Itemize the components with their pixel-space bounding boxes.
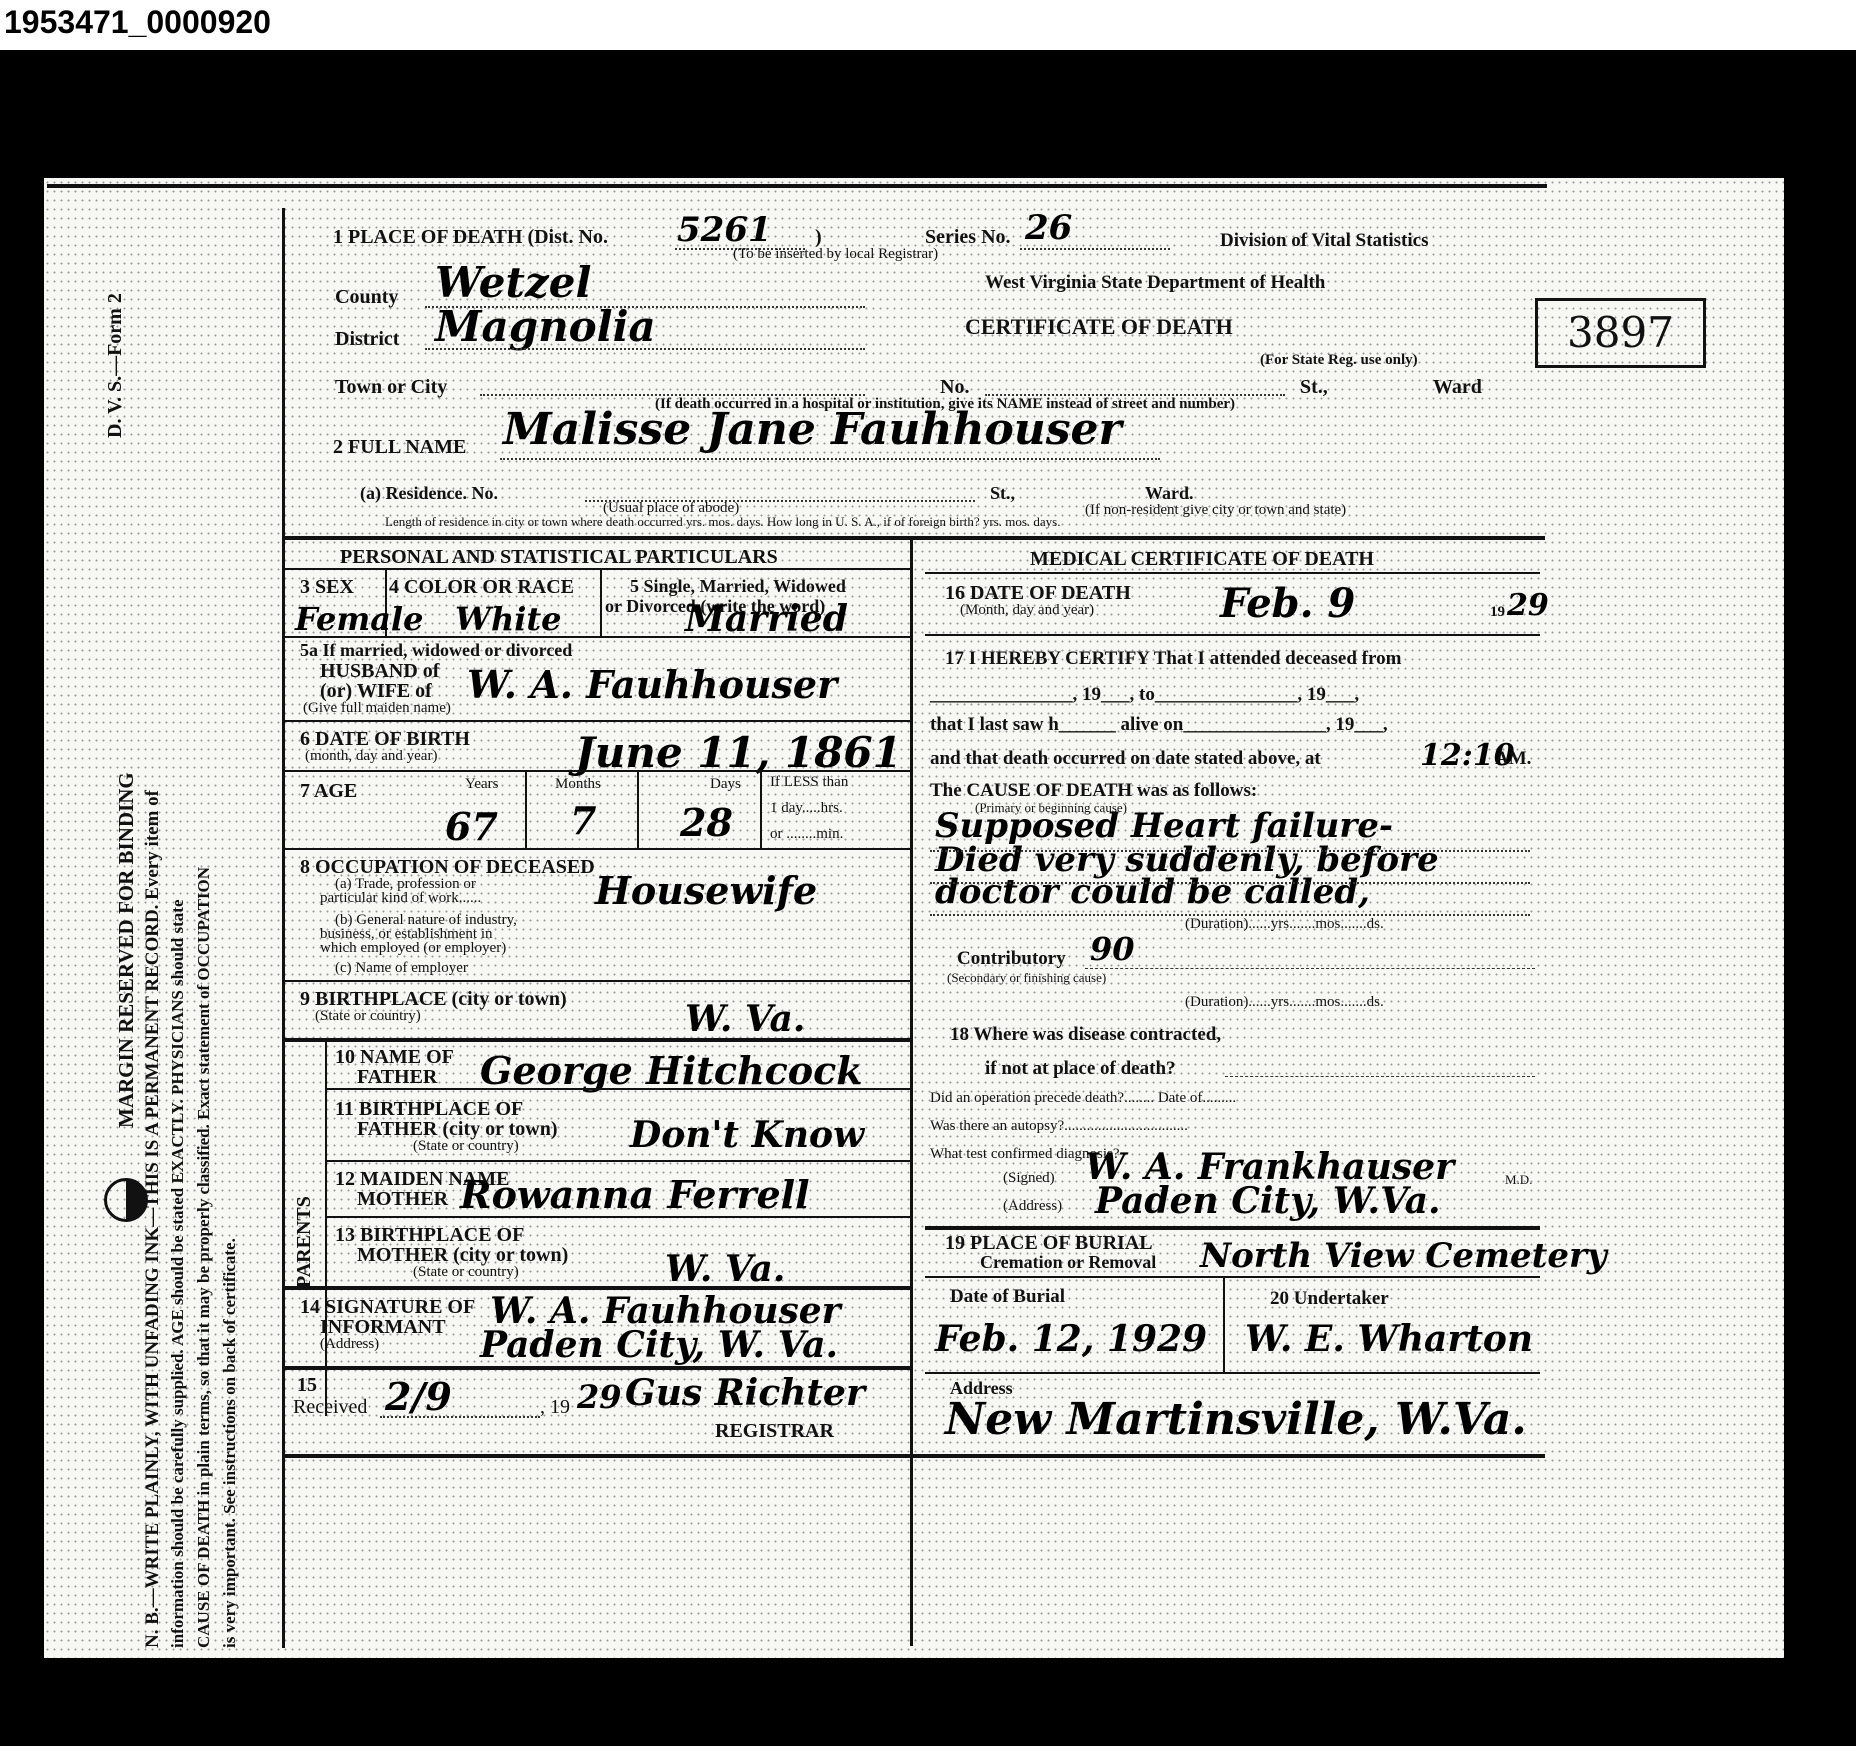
death-time-label: and that death occurred on date stated a… bbox=[930, 748, 1321, 770]
certificate-form: 1 PLACE OF DEATH (Dist. No. 5261 ) (To b… bbox=[282, 208, 1785, 1648]
occupation-value: Housewife bbox=[595, 868, 817, 913]
residence-label: (a) Residence. No. bbox=[360, 483, 498, 504]
contracted-label-2: if not at place of death? bbox=[985, 1058, 1176, 1080]
margin-form-id: D. V. S.—Form 2 bbox=[104, 293, 127, 438]
informant-address-value: Paden City, W. Va. bbox=[480, 1324, 838, 1366]
district-label: District bbox=[335, 328, 399, 351]
father-label-2: FATHER bbox=[357, 1066, 437, 1089]
state-reg-note: (For State Reg. use only) bbox=[1260, 352, 1418, 369]
column-divider bbox=[910, 536, 913, 1646]
signed-suffix: M.D. bbox=[1505, 1172, 1532, 1188]
undertaker-address-value: New Martinsville, W.Va. bbox=[945, 1394, 1527, 1445]
mother-bp-label-3: (State or country) bbox=[413, 1264, 519, 1281]
last-saw-line: that I last saw h______ alive on________… bbox=[930, 714, 1388, 736]
less-than-label-2: 1 day.....hrs. bbox=[770, 800, 843, 817]
age-label: 7 AGE bbox=[300, 780, 357, 803]
personal-section-title: PERSONAL AND STATISTICAL PARTICULARS bbox=[340, 546, 778, 569]
contributory-sub-label: (Secondary or finishing cause) bbox=[947, 970, 1106, 986]
father-birthplace-value: Don't Know bbox=[630, 1114, 864, 1156]
series-label: Series No. bbox=[925, 226, 1011, 249]
margin-instruction-3: CAUSE OF DEATH in plain terms, so that i… bbox=[194, 867, 214, 1648]
contracted-label-1: 18 Where was disease contracted, bbox=[950, 1024, 1221, 1046]
section-divider bbox=[285, 536, 1545, 540]
margin-binding: MARGIN RESERVED FOR BINDING bbox=[114, 772, 139, 1128]
birthplace-sub-label: (State or country) bbox=[315, 1008, 421, 1025]
age-years-value: 67 bbox=[445, 804, 498, 849]
full-name-value: Malisse Jane Fauhhouser bbox=[503, 404, 1122, 455]
age-years-label: Years bbox=[465, 776, 498, 793]
dod-value: Feb. 9 bbox=[1220, 580, 1355, 627]
contributory-value: 90 bbox=[1090, 930, 1135, 968]
division-title: Division of Vital Statistics bbox=[1220, 230, 1428, 252]
received-date-value: 2/9 bbox=[385, 1374, 452, 1419]
spouse-label-4: (Give full maiden name) bbox=[303, 700, 451, 717]
physician-address-label: (Address) bbox=[1003, 1198, 1062, 1215]
ward-label: Ward bbox=[1433, 376, 1482, 399]
margin-instruction-1: N. B.—WRITE PLAINLY, WITH UNFADING INK—T… bbox=[142, 790, 164, 1648]
death-certificate: MARGIN RESERVED FOR BINDING D. V. S.—For… bbox=[44, 178, 1784, 1658]
dob-sub-label: (month, day and year) bbox=[305, 748, 437, 765]
residence-ward-label: Ward. bbox=[1145, 483, 1194, 504]
marital-label-1: 5 Single, Married, Widowed bbox=[630, 576, 846, 597]
department-title: West Virginia State Department of Health bbox=[985, 272, 1325, 294]
occupation-c: (c) Name of employer bbox=[335, 960, 468, 977]
registrar-label: REGISTRAR bbox=[715, 1420, 834, 1443]
county-value: Wetzel bbox=[435, 258, 591, 307]
sex-label: 3 SEX bbox=[300, 576, 354, 599]
length-residence-note: Length of residence in city or town wher… bbox=[385, 514, 1061, 530]
physician-address-value: Paden City, W.Va. bbox=[1095, 1180, 1441, 1222]
race-value: White bbox=[455, 600, 562, 638]
dod-year-value: 29 bbox=[1507, 588, 1549, 623]
less-than-label-3: or ........min. bbox=[770, 826, 843, 843]
age-months-label: Months bbox=[555, 776, 601, 793]
district-value: Magnolia bbox=[435, 302, 656, 351]
nonresident-note: (If non-resident give city or town and s… bbox=[1085, 502, 1346, 519]
age-months-value: 7 bbox=[570, 798, 596, 843]
death-time-suffix: AM. bbox=[1495, 748, 1531, 770]
state-reg-number: 3897 bbox=[1535, 298, 1706, 368]
cause-duration-1: (Duration)......yrs.......mos.......ds. bbox=[1185, 916, 1384, 933]
margin-instruction-2: information should be carefully supplied… bbox=[168, 900, 188, 1649]
dist-note: (To be inserted by local Registrar) bbox=[733, 246, 938, 263]
informant-label-3: (Address) bbox=[320, 1336, 379, 1353]
mother-value: Rowanna Ferrell bbox=[460, 1172, 810, 1217]
top-border bbox=[47, 184, 1547, 188]
received-year-value: 29 bbox=[577, 1378, 622, 1416]
certify-dates: _______________, 19___, to______________… bbox=[930, 684, 1359, 706]
residence-st-label: St., bbox=[990, 483, 1015, 504]
race-label: 4 COLOR OR RACE bbox=[389, 576, 574, 599]
operation-label: Did an operation precede death?........ … bbox=[930, 1090, 1236, 1107]
received-number: 15 bbox=[297, 1374, 317, 1397]
burial-label-2: Cremation or Removal bbox=[980, 1252, 1156, 1273]
spouse-value: W. A. Fauhhouser bbox=[467, 662, 837, 707]
dist-no-value: 5261 bbox=[677, 210, 772, 250]
undertaker-label: 20 Undertaker bbox=[1270, 1288, 1389, 1310]
dod-sub-label: (Month, day and year) bbox=[960, 602, 1094, 619]
registrar-signature: Gus Richter bbox=[625, 1372, 865, 1414]
less-than-label-1: If LESS than bbox=[770, 774, 848, 791]
burial-date-value: Feb. 12, 1929 bbox=[935, 1318, 1207, 1360]
document-id: 1953471_0000920 bbox=[4, 4, 271, 41]
received-label: Received bbox=[293, 1396, 367, 1419]
medical-section-title: MEDICAL CERTIFICATE OF DEATH bbox=[1030, 548, 1374, 571]
bottom-border bbox=[285, 1454, 1545, 1458]
punch-hole-icon bbox=[104, 1178, 148, 1222]
street-label: St., bbox=[1300, 376, 1328, 399]
series-no-value: 26 bbox=[1025, 208, 1072, 248]
mother-label-2: MOTHER bbox=[357, 1188, 448, 1211]
age-days-label: Days bbox=[710, 776, 741, 793]
sex-value: Female bbox=[295, 600, 423, 638]
father-value: George Hitchcock bbox=[480, 1048, 863, 1093]
birthplace-value: W. Va. bbox=[685, 998, 805, 1040]
top-bar: 1953471_0000920 bbox=[0, 0, 1856, 50]
contributory-label: Contributory bbox=[957, 948, 1066, 970]
received-year-prefix: , 19 bbox=[540, 1396, 570, 1419]
autopsy-label: Was there an autopsy?...................… bbox=[930, 1118, 1188, 1135]
occupation-b-3: which employed (or employer) bbox=[320, 940, 506, 957]
certify-line: 17 I HEREBY CERTIFY That I attended dece… bbox=[945, 648, 1401, 670]
burial-date-label: Date of Burial bbox=[950, 1286, 1065, 1308]
parents-label: PARENTS bbox=[293, 1196, 316, 1288]
cause-line-3: doctor could be called, bbox=[935, 872, 1370, 912]
father-bp-label-3: (State or country) bbox=[413, 1138, 519, 1155]
margin-instruction-4: is very important. See instructions on b… bbox=[220, 1238, 240, 1648]
dod-year-prefix: 19 bbox=[1490, 604, 1505, 621]
place-of-death-label: 1 PLACE OF DEATH (Dist. No. bbox=[333, 226, 608, 249]
town-label: Town or City bbox=[335, 376, 447, 399]
cause-label: The CAUSE OF DEATH was as follows: bbox=[930, 780, 1257, 802]
cause-duration-2: (Duration)......yrs.......mos.......ds. bbox=[1185, 994, 1384, 1011]
mother-birthplace-value: W. Va. bbox=[665, 1248, 785, 1290]
full-name-label: 2 FULL NAME bbox=[333, 436, 466, 459]
spouse-label-1: 5a If married, widowed or divorced bbox=[300, 640, 572, 661]
occupation-a-2: particular kind of work...... bbox=[320, 890, 481, 907]
certificate-title: CERTIFICATE OF DEATH bbox=[965, 314, 1233, 340]
signed-label: (Signed) bbox=[1003, 1170, 1055, 1187]
county-label: County bbox=[335, 286, 398, 309]
marital-value: Married bbox=[685, 598, 848, 640]
age-days-value: 28 bbox=[680, 800, 733, 845]
burial-place-value: North View Cemetery bbox=[1200, 1236, 1607, 1276]
undertaker-value: W. E. Wharton bbox=[1245, 1318, 1533, 1360]
